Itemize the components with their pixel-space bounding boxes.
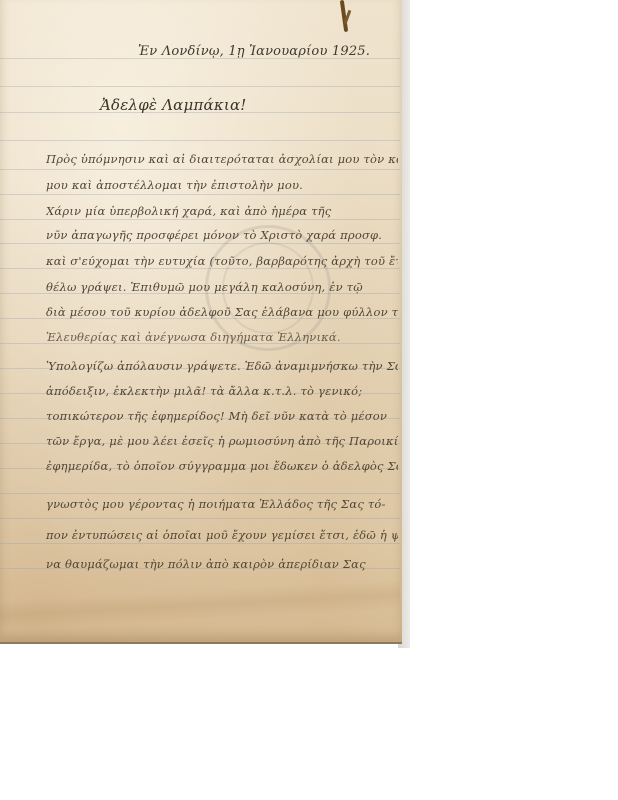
ruled-line xyxy=(0,268,400,269)
body-line: τῶν ἔργα, μὲ μου λέει ἐσεῖς ἡ ρωμιοσύνη … xyxy=(46,434,398,448)
ruled-line xyxy=(0,243,400,244)
ruled-line xyxy=(0,219,400,220)
ruled-line xyxy=(0,194,400,195)
body-line: Ὑπολογίζω ἀπόλαυσιν γράψετε. Ἐδῶ ἀναμιμν… xyxy=(46,359,398,373)
date-line: Ἐν Λονδίνῳ, 1ῃ Ἰανουαρίου 1925. xyxy=(138,44,370,59)
ruled-line xyxy=(0,518,400,519)
body-line: τοπικώτερον τῆς ἐφημερίδος! Μὴ δεῖ νῦν κ… xyxy=(46,409,398,423)
body-line: πον ἐντυπώσεις αἱ ὁποῖαι μοῦ ἔχουν γεμίσ… xyxy=(46,528,398,542)
body-line: Πρὸς ὑπόμνησιν καὶ αἱ διαιτερόταται ἀσχο… xyxy=(46,152,398,166)
body-line: νῦν ἀπαγωγῆς προσφέρει μόνον τὸ Χριστὸ χ… xyxy=(46,228,398,242)
ruled-line xyxy=(0,140,400,141)
body-line: θέλω γράψει. Ἐπιθυμῶ μου μεγάλη καλοσύνη… xyxy=(46,280,398,294)
salutation: Ἀδελφὲ Λαμπάκια! xyxy=(100,96,247,114)
body-line: καὶ σ'εύχομαι τὴν ευτυχία (τοῦτο, βαρβαρ… xyxy=(46,254,398,268)
body-line: Χάριν μία ὑπερβολική χαρά, καὶ ἀπὸ ἡμέρα… xyxy=(46,204,398,218)
body-line: γνωστὸς μου γέροντας ἡ ποιήματα Ἑλλάδος … xyxy=(46,497,398,511)
body-line: μου καὶ ἀποστέλλομαι τὴν ἐπιστολὴν μου. xyxy=(46,178,398,192)
body-line: να θαυμάζωμαι τὴν πόλιν ἀπὸ καιρὸν ἀπερί… xyxy=(46,557,398,571)
ruled-line xyxy=(0,169,400,170)
body-line: διὰ μέσου τοῦ κυρίου ἀδελφοῦ Σας ἐλάβανα… xyxy=(46,305,398,319)
paper-fold-crease xyxy=(0,580,400,631)
letter-page: Ἐν Λονδίνῳ, 1ῃ Ἰανουαρίου 1925. Ἀδελφὲ Λ… xyxy=(0,0,402,644)
body-line: ἀπόδειξιν, ἐκλεκτὴν μιλᾶ! τὰ ἄλλα κ.τ.λ.… xyxy=(46,384,398,398)
ruled-line xyxy=(0,493,400,494)
body-line: ἐφημερίδα, τὸ ὁποῖον σύγγραμμα μοι ἔδωκε… xyxy=(46,459,398,473)
ruled-line xyxy=(0,543,400,544)
ruled-line xyxy=(0,86,400,87)
body-line: Ἐλευθερίας καὶ ἀνέγνωσα διηγήματα Ἑλληνι… xyxy=(46,330,398,344)
